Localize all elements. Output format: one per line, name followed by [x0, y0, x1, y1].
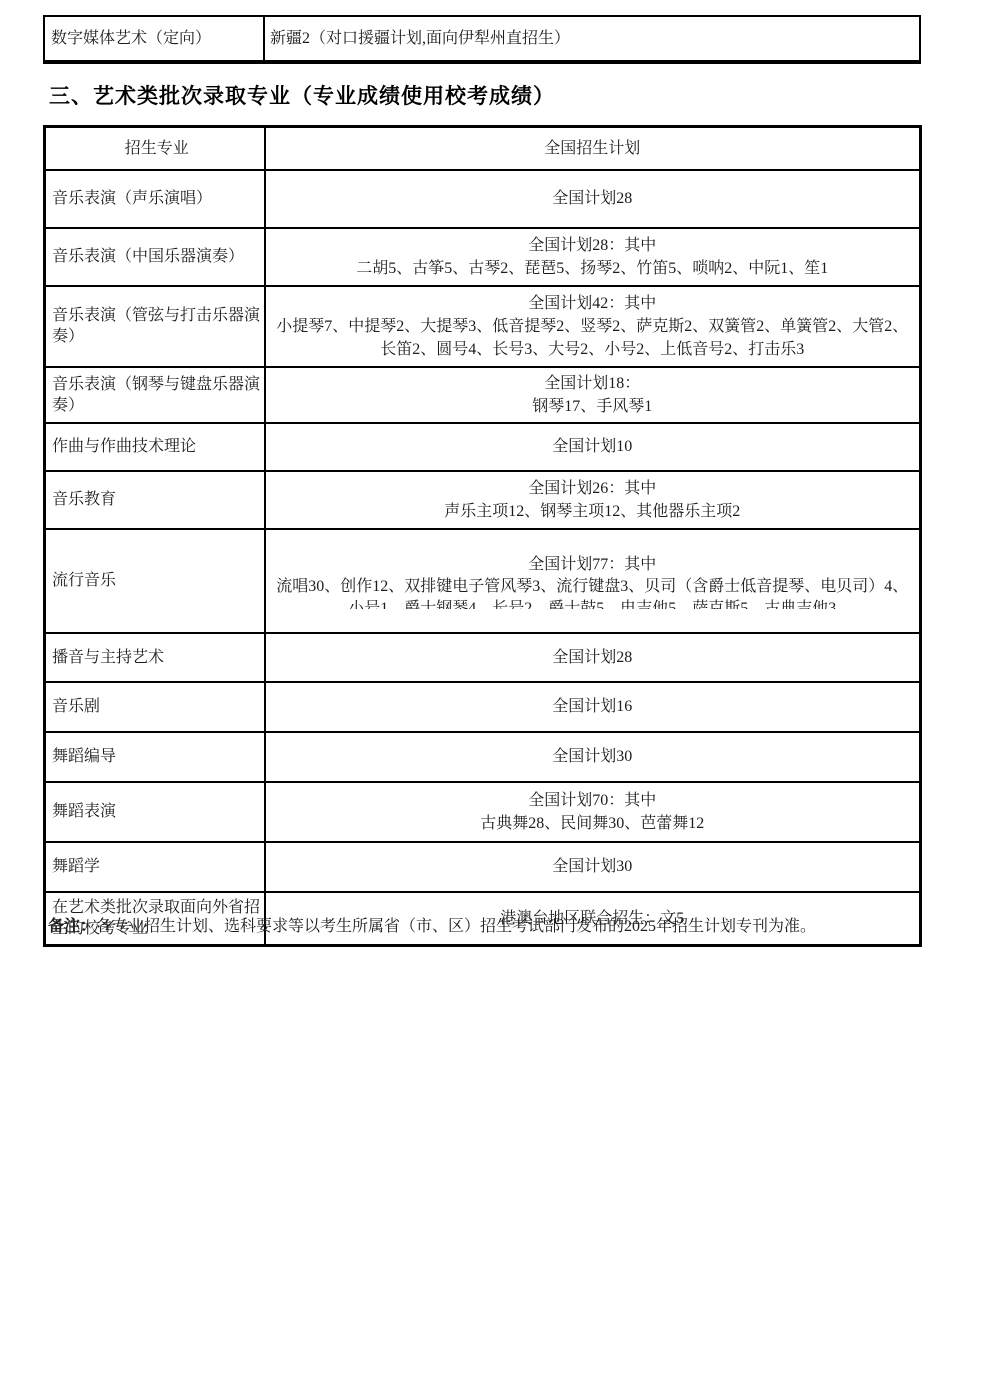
table-row: 数字媒体艺术（定向） 新疆2（对口援疆计划,面向伊犁州直招生）	[44, 16, 920, 62]
plan-cell: 全国计划18： 钢琴17、手风琴1	[265, 367, 921, 423]
table-row: 舞蹈表演 全国计划70：其中 古典舞28、民间舞30、芭蕾舞12	[45, 782, 921, 842]
document-page: 数字媒体艺术（定向） 新疆2（对口援疆计划,面向伊犁州直招生） 三、艺术类批次录…	[0, 0, 988, 1399]
plan-cell: 全国计划42：其中 小提琴7、中提琴2、大提琴3、低音提琴2、竖琴2、萨克斯2、…	[265, 286, 921, 367]
plan-cell: 新疆2（对口援疆计划,面向伊犁州直招生）	[264, 16, 920, 62]
major-cell: 数字媒体艺术（定向）	[44, 16, 264, 62]
major-cell: 音乐表演（管弦与打击乐器演奏）	[45, 286, 265, 367]
plan-cell: 全国计划28：其中 二胡5、古筝5、古琴2、琵琶5、扬琴2、竹笛5、唢呐2、中阮…	[265, 228, 921, 286]
section-heading: 三、艺术类批次录取专业（专业成绩使用校考成绩）	[49, 81, 555, 111]
table-row: 播音与主持艺术 全国计划28	[45, 633, 921, 682]
plan-cell: 全国计划70：其中 古典舞28、民间舞30、芭蕾舞12	[265, 782, 921, 842]
major-cell: 音乐表演（中国乐器演奏）	[45, 228, 265, 286]
footnote-text: 各专业招生计划、选科要求等以考生所属省（市、区）招生考试部门发布的2025年招生…	[96, 918, 816, 935]
major-cell: 舞蹈学	[45, 842, 265, 892]
plan-cell: 全国计划30	[265, 842, 921, 892]
table-header-row: 招生专业 全国招生计划	[45, 127, 921, 170]
plan-cell: 全国计划28	[265, 170, 921, 228]
major-cell: 音乐表演（钢琴与键盘乐器演奏）	[45, 367, 265, 423]
table-row: 舞蹈编导 全国计划30	[45, 732, 921, 782]
footnote: 备注：各专业招生计划、选科要求等以考生所属省（市、区）招生考试部门发布的2025…	[48, 916, 940, 938]
plan-cell: 全国计划16	[265, 682, 921, 732]
major-cell: 播音与主持艺术	[45, 633, 265, 682]
table-row: 音乐表演（管弦与打击乐器演奏） 全国计划42：其中 小提琴7、中提琴2、大提琴3…	[45, 286, 921, 367]
major-cell: 舞蹈编导	[45, 732, 265, 782]
table-row: 音乐剧 全国计划16	[45, 682, 921, 732]
major-cell: 流行音乐	[45, 529, 265, 633]
table-row: 音乐教育 全国计划26：其中 声乐主项12、钢琴主项12、其他器乐主项2	[45, 471, 921, 529]
plan-cell: 全国计划26：其中 声乐主项12、钢琴主项12、其他器乐主项2	[265, 471, 921, 529]
major-cell: 音乐教育	[45, 471, 265, 529]
admission-plan-table: 招生专业 全国招生计划 音乐表演（声乐演唱） 全国计划28 音乐表演（中国乐器演…	[43, 125, 922, 947]
major-cell: 音乐表演（声乐演唱）	[45, 170, 265, 228]
plan-cell: 全国计划28	[265, 633, 921, 682]
header-plan: 全国招生计划	[265, 127, 921, 170]
table-row: 流行音乐 全国计划77：其中 流唱30、创作12、双排键电子管风琴3、流行键盘3…	[45, 529, 921, 633]
header-major: 招生专业	[45, 127, 265, 170]
table-row: 音乐表演（中国乐器演奏） 全国计划28：其中 二胡5、古筝5、古琴2、琵琶5、扬…	[45, 228, 921, 286]
major-cell: 音乐剧	[45, 682, 265, 732]
table-row: 舞蹈学 全国计划30	[45, 842, 921, 892]
major-cell: 作曲与作曲技术理论	[45, 423, 265, 471]
footnote-label: 备注：	[48, 918, 96, 935]
table-row: 音乐表演（钢琴与键盘乐器演奏） 全国计划18： 钢琴17、手风琴1	[45, 367, 921, 423]
table-row: 音乐表演（声乐演唱） 全国计划28	[45, 170, 921, 228]
plan-cell: 全国计划30	[265, 732, 921, 782]
plan-cell: 全国计划77：其中 流唱30、创作12、双排键电子管风琴3、流行键盘3、贝司（含…	[265, 529, 921, 633]
previous-table-fragment: 数字媒体艺术（定向） 新疆2（对口援疆计划,面向伊犁州直招生）	[43, 15, 921, 64]
plan-cell: 全国计划10	[265, 423, 921, 471]
clipped-plan-text: 全国计划77：其中 流唱30、创作12、双排键电子管风琴3、流行键盘3、贝司（含…	[272, 553, 914, 609]
major-cell: 舞蹈表演	[45, 782, 265, 842]
table-row: 作曲与作曲技术理论 全国计划10	[45, 423, 921, 471]
